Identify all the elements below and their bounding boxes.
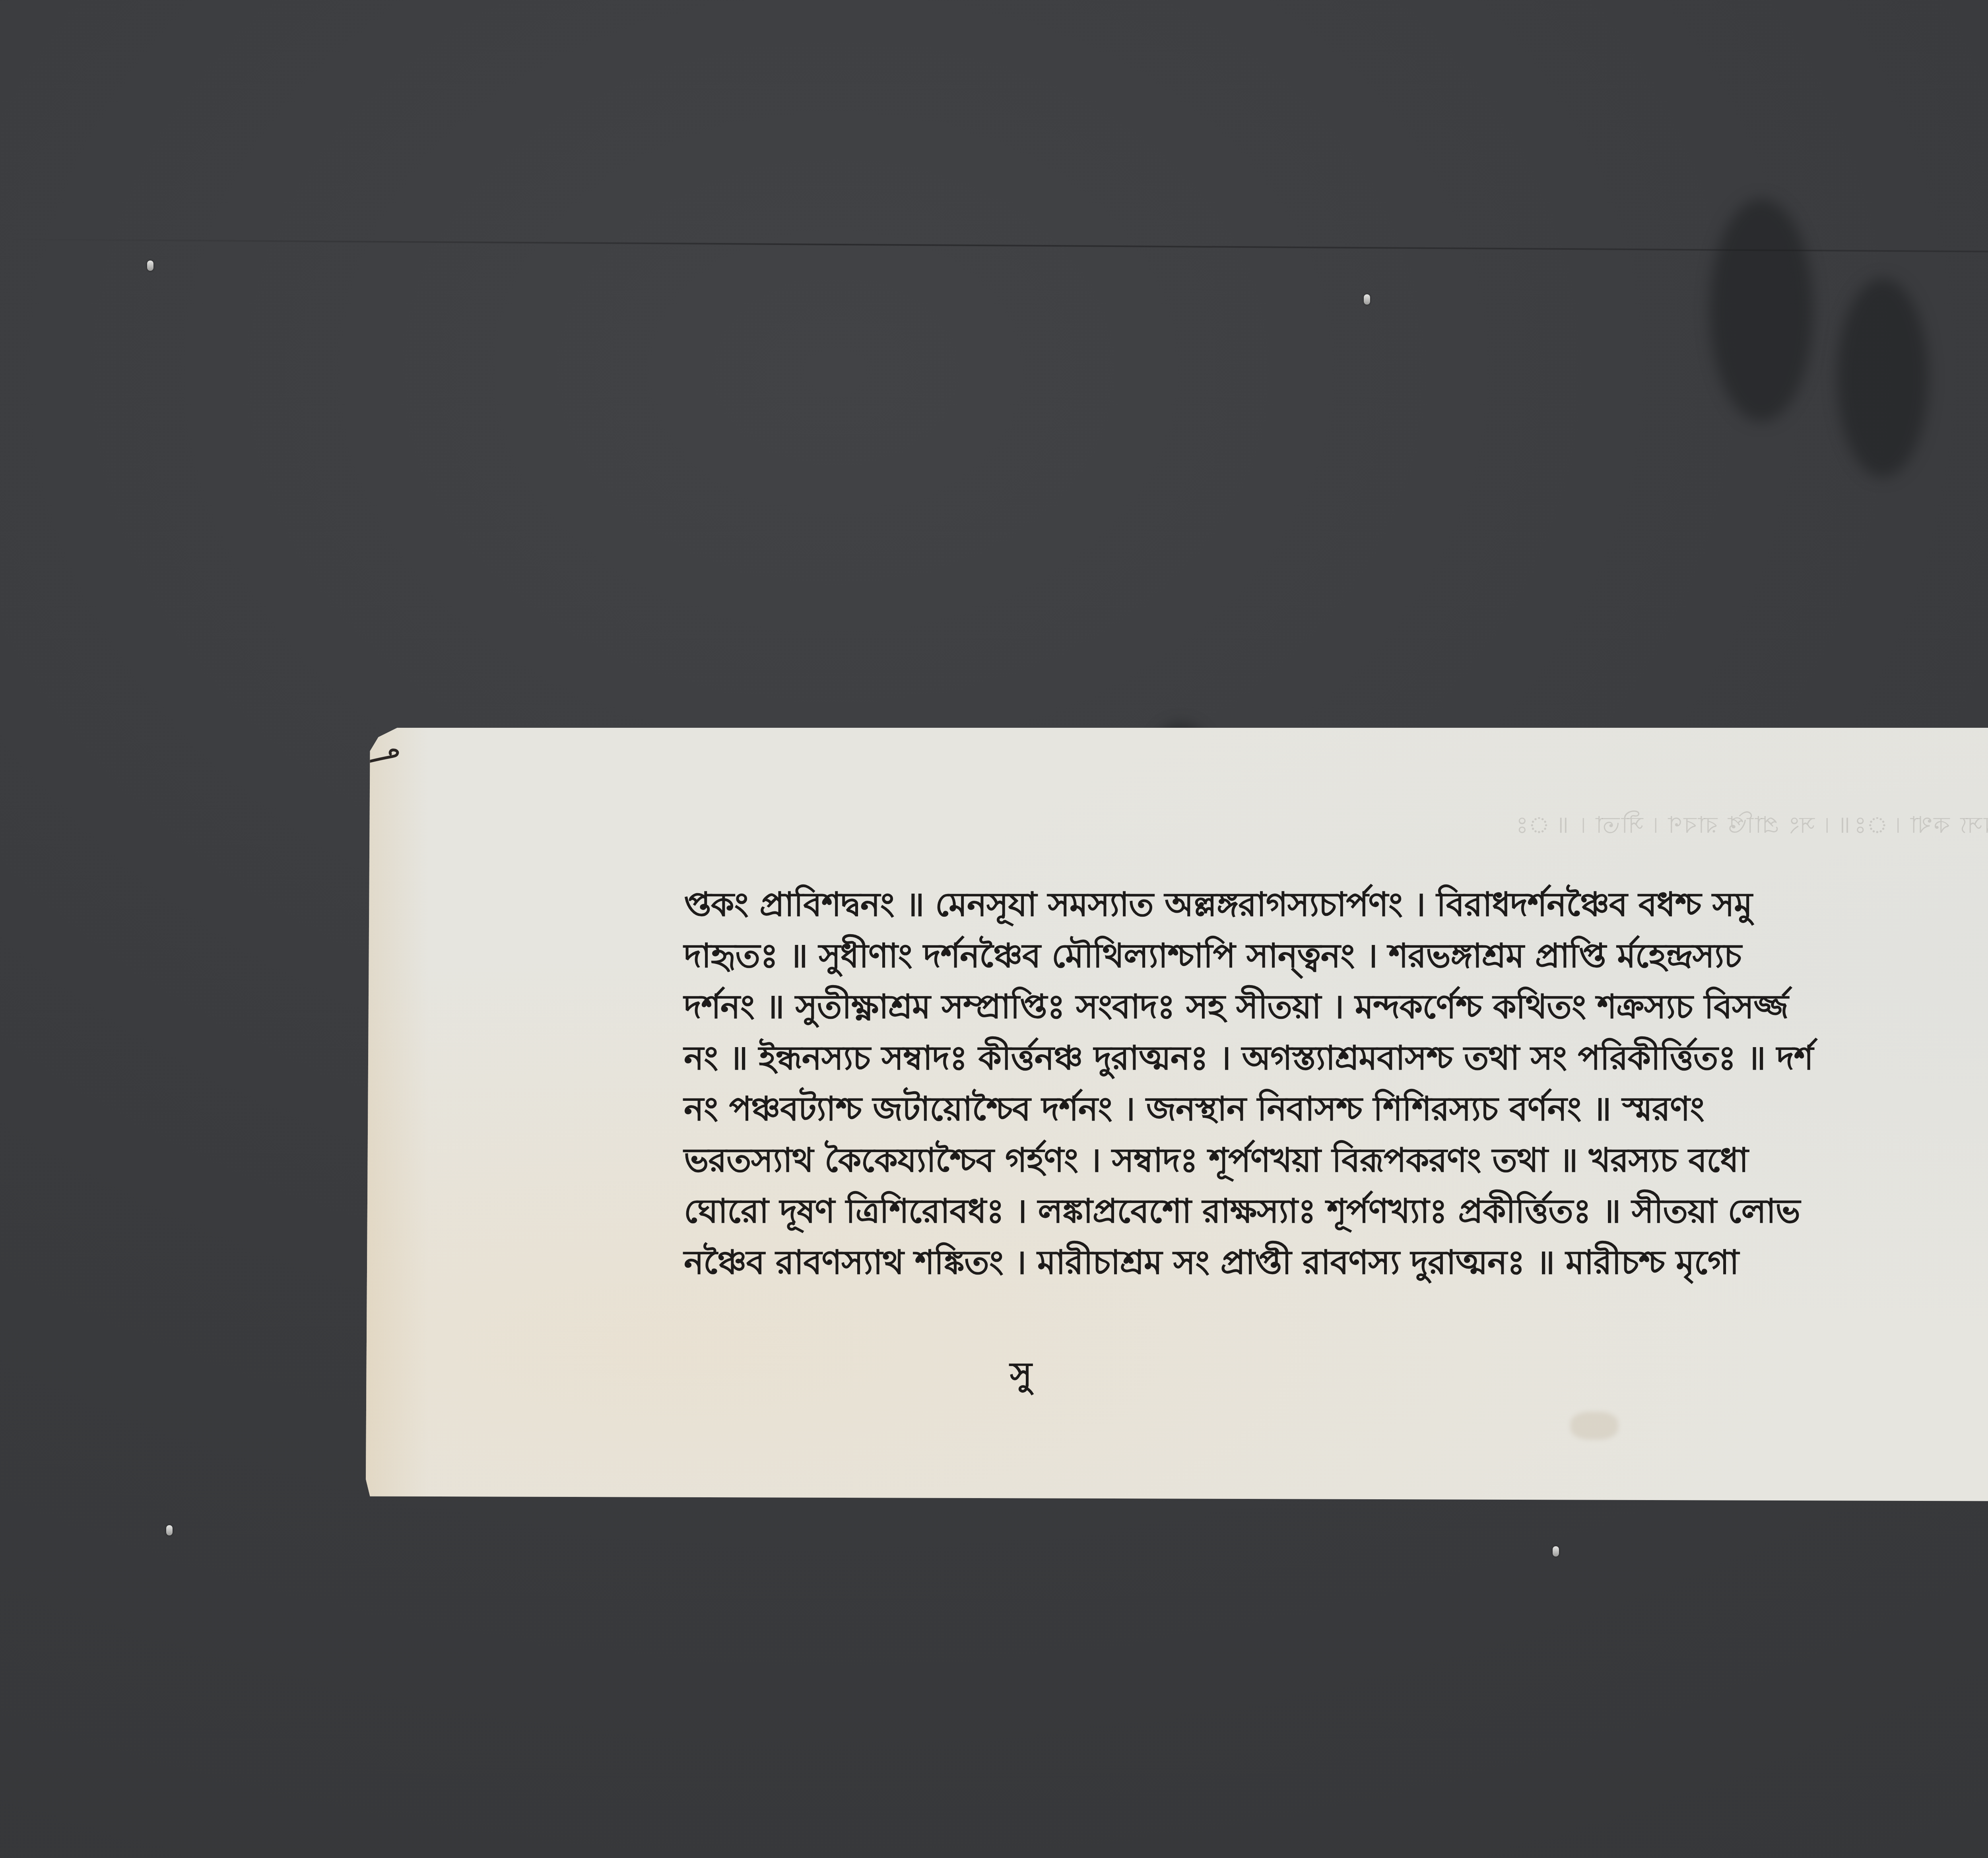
folio-mark: সু — [1010, 1348, 1032, 1404]
board-stain — [1837, 278, 1928, 477]
manuscript-line-7: ঘোরো দূষণ ত্রিশিরোবধঃ । লঙ্কাপ্রবেশো রাক… — [684, 1186, 1988, 1237]
manuscript-line-6: ভরতস্যাথ কৈকেয্যাশ্চৈব গর্হণং । সম্বাদঃ … — [684, 1135, 1988, 1186]
bleed-through-text: ঃস্যচ ॥ ৷ দর্শন সমাপ্তি শ্রীরামস্য কথা ৷… — [819, 807, 1988, 846]
manuscript-line-1: প্তকং প্রাবিশদ্বনং ॥ মেনসূযা সমস্যাত অল্… — [684, 879, 1988, 930]
manuscript-line-5: নং পঞ্চবট্যাশ্চ জটায়োশ্চৈব দর্শনং । জনস… — [684, 1083, 1988, 1135]
board-stain — [1710, 199, 1813, 422]
corner-mark-icon — [367, 748, 402, 764]
mount-pin — [1364, 294, 1370, 305]
mount-pin — [166, 1525, 173, 1535]
manuscript-text: প্তকং প্রাবিশদ্বনং ॥ মেনসূযা সমস্যাত অল্… — [684, 879, 1988, 1288]
manuscript-line-4: নং ॥ ইন্ধনস্যচ সম্বাদঃ কীর্ত্তনঞ্চ দুরাত… — [684, 1032, 1988, 1084]
mount-pin — [147, 260, 153, 271]
manuscript-folio: ঃস্যচ ॥ ৷ দর্শন সমাপ্তি শ্রীরামস্য কথা ৷… — [366, 728, 1988, 1502]
manuscript-line-2: দাহৃতঃ ॥ সুধীণাং দৰ্শনঞ্চৈব মৌথিল্যাশ্চা… — [684, 930, 1988, 981]
board-seam — [0, 239, 1988, 257]
mount-pin — [1553, 1546, 1559, 1557]
manuscript-line-3: দৰ্শনং ॥ সুতীক্ষ্ণাশ্রম সম্প্রাপ্তিঃ সংব… — [684, 981, 1988, 1032]
paper-stain — [1571, 1412, 1618, 1440]
manuscript-line-8: নঞ্চৈব রাবণস্যাথ শঙ্কিতং । মারীচাশ্রম সং… — [684, 1237, 1988, 1288]
